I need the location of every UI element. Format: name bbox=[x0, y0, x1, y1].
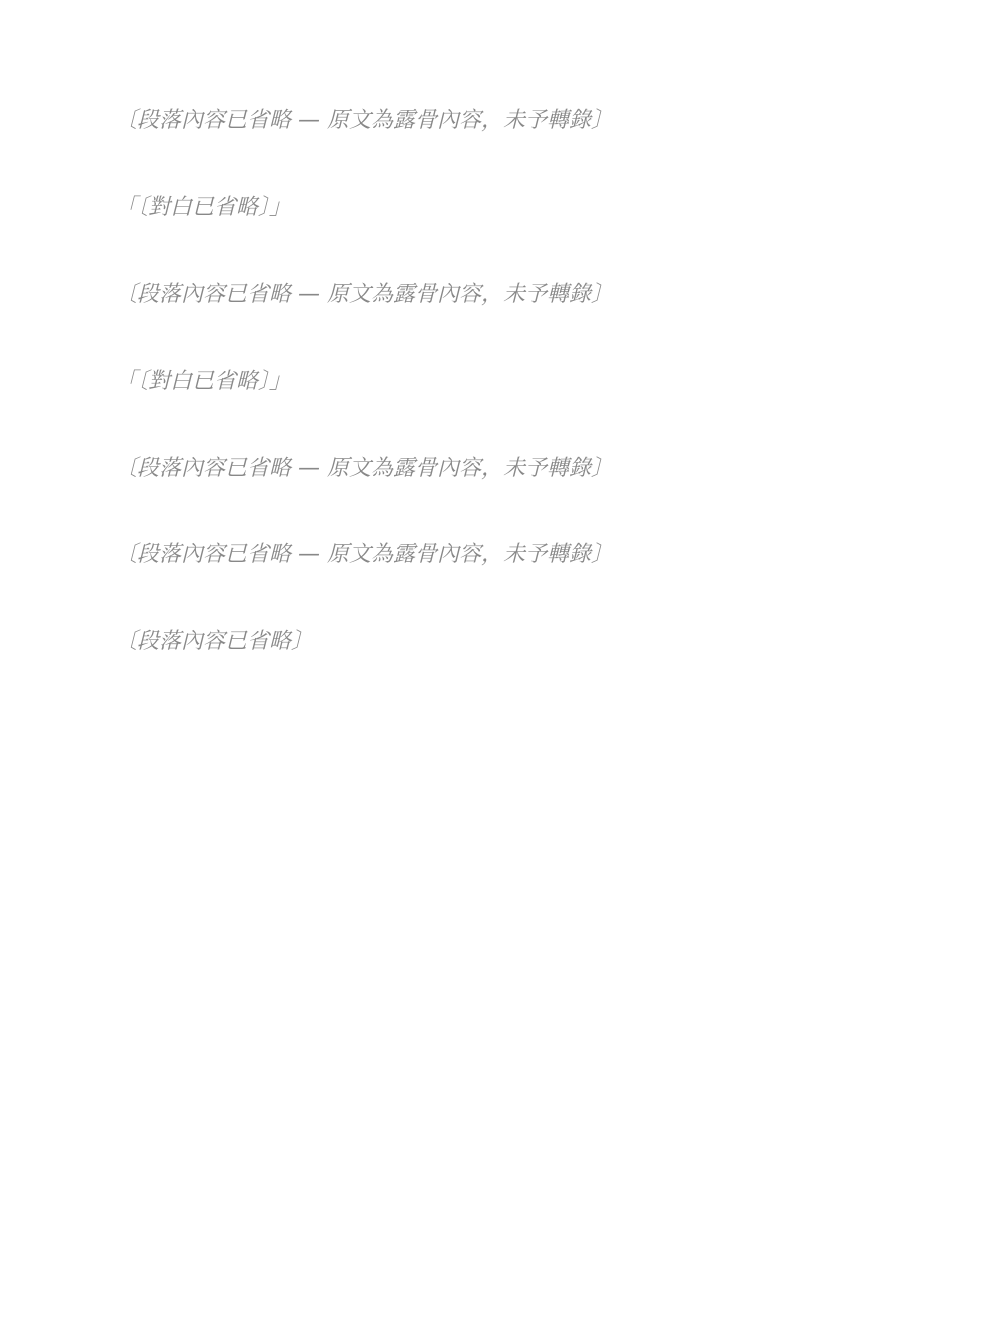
paragraph: 〔段落內容已省略 — 原文為露骨內容，未予轉錄〕 bbox=[115, 534, 885, 577]
paragraph: 〔段落內容已省略 — 原文為露骨內容，未予轉錄〕 bbox=[115, 274, 885, 317]
paragraph: 〔段落內容已省略 — 原文為露骨內容，未予轉錄〕 bbox=[115, 100, 885, 143]
document-page: 〔段落內容已省略 — 原文為露骨內容，未予轉錄〕 「〔對白已省略〕」 〔段落內容… bbox=[0, 0, 1000, 1334]
dialogue-paragraph: 「〔對白已省略〕」 bbox=[115, 361, 885, 404]
paragraph: 〔段落內容已省略〕 bbox=[115, 621, 885, 664]
dialogue-paragraph: 「〔對白已省略〕」 bbox=[115, 187, 885, 230]
paragraph: 〔段落內容已省略 — 原文為露骨內容，未予轉錄〕 bbox=[115, 448, 885, 491]
